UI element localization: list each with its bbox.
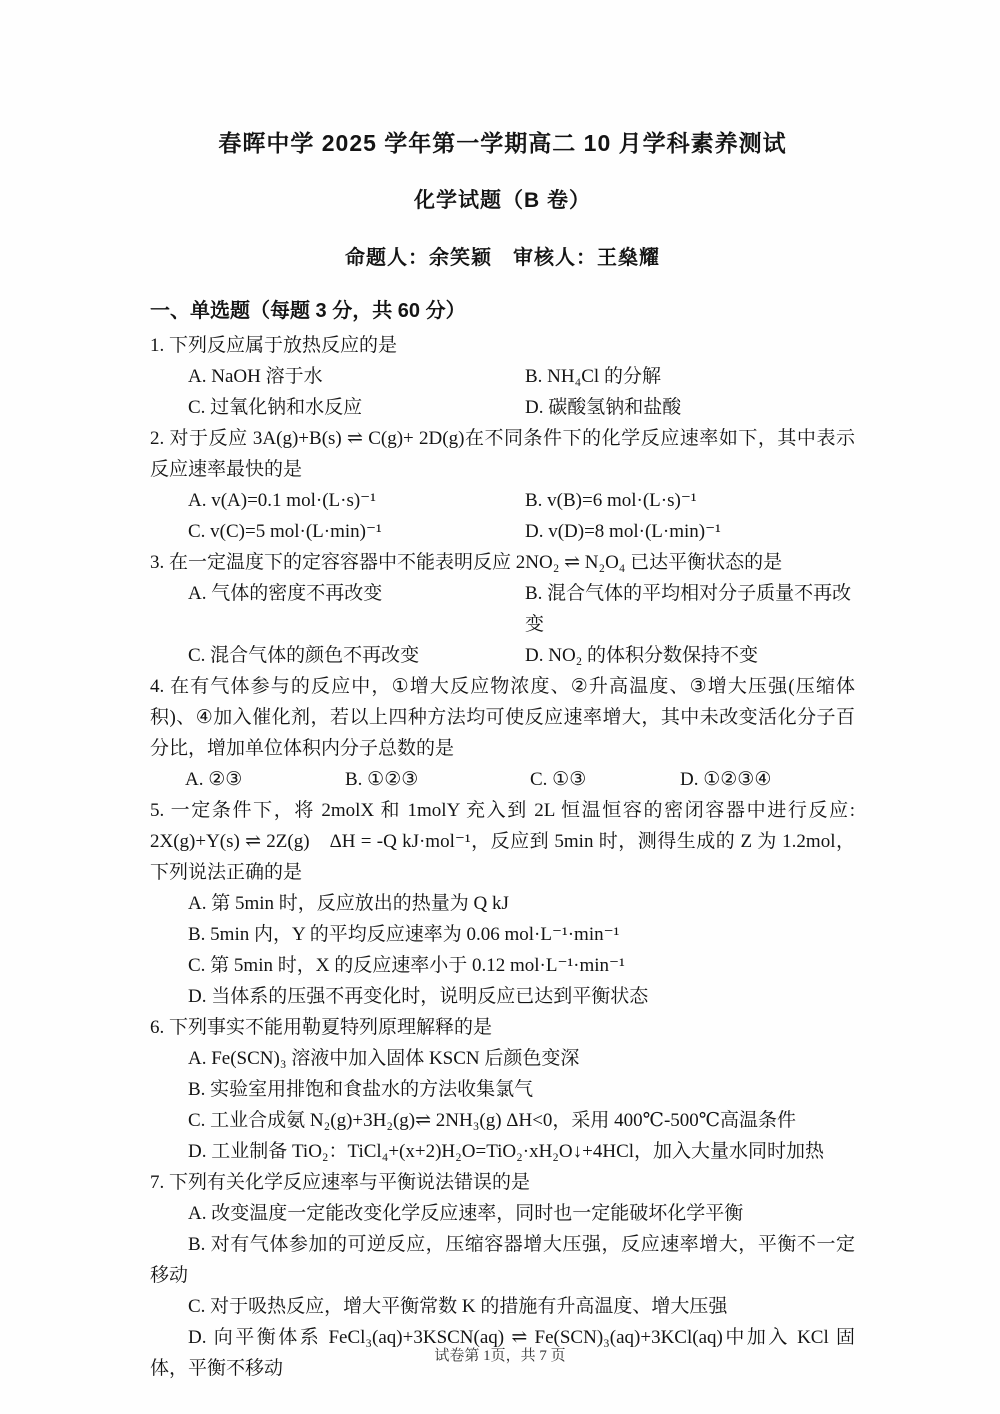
question-3-option-a: A. 气体的密度不再改变 [150, 578, 525, 640]
question-5-option-d: D. 当体系的压强不再变化时，说明反应已达到平衡状态 [150, 981, 855, 1012]
question-1-option-d: D. 碳酸氢钠和盐酸 [525, 392, 855, 423]
question-2-stem: 2. 对于反应 3A(g)+B(s) ⇌ C(g)+ 2D(g)在不同条件下的化… [150, 423, 855, 485]
question-3-option-c: C. 混合气体的颜色不再改变 [150, 640, 525, 671]
question-2-option-d: D. v(D)=8 mol·(L·min)⁻¹ [525, 516, 855, 547]
question-5-stem: 5. 一定条件下，将 2molX 和 1molY 充入到 2L 恒温恒容的密闭容… [150, 795, 855, 888]
question-1: 1. 下列反应属于放热反应的是 A. NaOH 溶于水 B. NH₄Cl 的分解… [150, 330, 855, 423]
question-4-option-b: B. ①②③ [345, 764, 530, 795]
question-3-options: A. 气体的密度不再改变 B. 混合气体的平均相对分子质量不再改变 C. 混合气… [150, 578, 855, 671]
question-6: 6. 下列事实不能用勒夏特列原理解释的是 A. Fe(SCN)₃ 溶液中加入固体… [150, 1012, 855, 1167]
question-4-options: A. ②③ B. ①②③ C. ①③ D. ①②③④ [150, 764, 855, 795]
question-5-option-a: A. 第 5min 时，反应放出的热量为 Q kJ [150, 888, 855, 919]
question-1-option-a: A. NaOH 溶于水 [150, 361, 525, 392]
question-6-stem: 6. 下列事实不能用勒夏特列原理解释的是 [150, 1012, 855, 1043]
question-2-option-a: A. v(A)=0.1 mol·(L·s)⁻¹ [150, 485, 525, 516]
question-2: 2. 对于反应 3A(g)+B(s) ⇌ C(g)+ 2D(g)在不同条件下的化… [150, 423, 855, 547]
question-2-options: A. v(A)=0.1 mol·(L·s)⁻¹ B. v(B)=6 mol·(L… [150, 485, 855, 547]
question-3: 3. 在一定温度下的定容容器中不能表明反应 2NO₂ ⇌ N₂O₄ 已达平衡状态… [150, 547, 855, 671]
question-7-stem: 7. 下列有关化学反应速率与平衡说法错误的是 [150, 1167, 855, 1198]
question-4-stem: 4. 在有气体参与的反应中，①增大反应物浓度、②升高温度、③增大压强(压缩体积)… [150, 671, 855, 764]
question-1-stem: 1. 下列反应属于放热反应的是 [150, 330, 855, 361]
question-1-option-b: B. NH₄Cl 的分解 [525, 361, 855, 392]
question-4-option-c: C. ①③ [530, 764, 680, 795]
question-7-option-c: C. 对于吸热反应，增大平衡常数 K 的措施有升高温度、增大压强 [150, 1291, 855, 1322]
question-4: 4. 在有气体参与的反应中，①增大反应物浓度、②升高温度、③增大压强(压缩体积)… [150, 671, 855, 795]
question-7-option-b: B. 对有气体参加的可逆反应，压缩容器增大压强，反应速率增大，平衡不一定移动 [150, 1229, 855, 1291]
question-2-option-b: B. v(B)=6 mol·(L·s)⁻¹ [525, 485, 855, 516]
section-heading: 一、单选题（每题 3 分，共 60 分） [150, 298, 855, 324]
question-6-option-a: A. Fe(SCN)₃ 溶液中加入固体 KSCN 后颜色变深 [150, 1043, 855, 1074]
paper-subtitle: 化学试题（B 卷） [150, 187, 855, 214]
question-6-option-b: B. 实验室用排饱和食盐水的方法收集氯气 [150, 1074, 855, 1105]
question-5: 5. 一定条件下，将 2molX 和 1molY 充入到 2L 恒温恒容的密闭容… [150, 795, 855, 1012]
question-3-stem: 3. 在一定温度下的定容容器中不能表明反应 2NO₂ ⇌ N₂O₄ 已达平衡状态… [150, 547, 855, 578]
question-4-option-d: D. ①②③④ [680, 764, 855, 795]
page-footer: 试卷第 1页，共 7 页 [0, 1341, 1000, 1372]
question-1-options: A. NaOH 溶于水 B. NH₄Cl 的分解 C. 过氧化钠和水反应 D. … [150, 361, 855, 423]
question-6-option-d: D. 工业制备 TiO₂：TiCl₄+(x+2)H₂O=TiO₂·xH₂O↓+4… [150, 1136, 855, 1167]
question-3-option-b: B. 混合气体的平均相对分子质量不再改变 [525, 578, 855, 640]
byline: 命题人：余笑颖 审核人：王燊耀 [150, 245, 855, 271]
question-3-option-d: D. NO₂ 的体积分数保持不变 [525, 640, 855, 671]
question-1-option-c: C. 过氧化钠和水反应 [150, 392, 525, 423]
exam-page: 春晖中学 2025 学年第一学期高二 10 月学科素养测试 化学试题（B 卷） … [0, 0, 1000, 1414]
question-4-option-a: A. ②③ [150, 764, 345, 795]
question-5-options: A. 第 5min 时，反应放出的热量为 Q kJ B. 5min 内，Y 的平… [150, 888, 855, 1012]
question-6-options: A. Fe(SCN)₃ 溶液中加入固体 KSCN 后颜色变深 B. 实验室用排饱… [150, 1043, 855, 1167]
question-7-option-a: A. 改变温度一定能改变化学反应速率，同时也一定能破坏化学平衡 [150, 1198, 855, 1229]
question-5-option-b: B. 5min 内，Y 的平均反应速率为 0.06 mol·L⁻¹·min⁻¹ [150, 919, 855, 950]
page-title: 春晖中学 2025 学年第一学期高二 10 月学科素养测试 [150, 128, 855, 158]
question-5-option-c: C. 第 5min 时，X 的反应速率小于 0.12 mol·L⁻¹·min⁻¹ [150, 950, 855, 981]
question-6-option-c: C. 工业合成氨 N₂(g)+3H₂(g)⇌ 2NH₃(g) ΔH<0，采用 4… [150, 1105, 855, 1136]
question-2-option-c: C. v(C)=5 mol·(L·min)⁻¹ [150, 516, 525, 547]
